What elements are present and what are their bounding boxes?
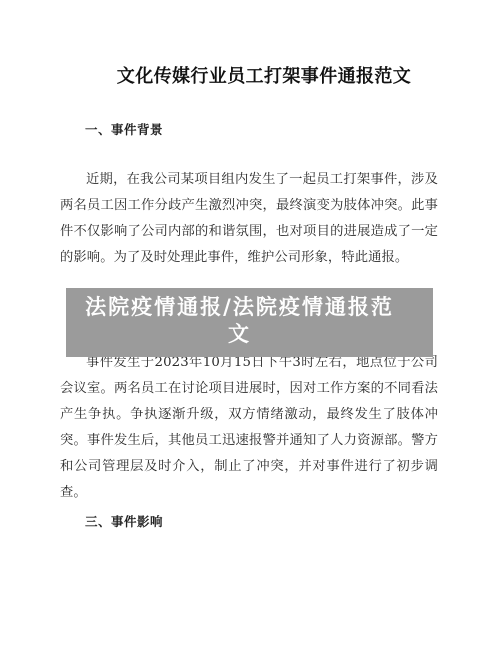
paragraph-process: 事件发生于2023年10月15日下午3时左右，地点位于公司会议室。两名员工在讨论… [60,350,438,506]
document-title: 文化传媒行业员工打架事件通报范文 [0,62,500,88]
section-heading-impact: 三、事件影响 [85,512,163,530]
section-heading-background: 一、事件背景 [85,120,163,138]
paragraph-background: 近期，在我公司某项目组内发生了一起员工打架事件，涉及两名员工因工作分歧产生激烈冲… [60,167,438,271]
title-overlay-banner: 法院疫情通报/法院疫情通报范文 [66,288,433,357]
